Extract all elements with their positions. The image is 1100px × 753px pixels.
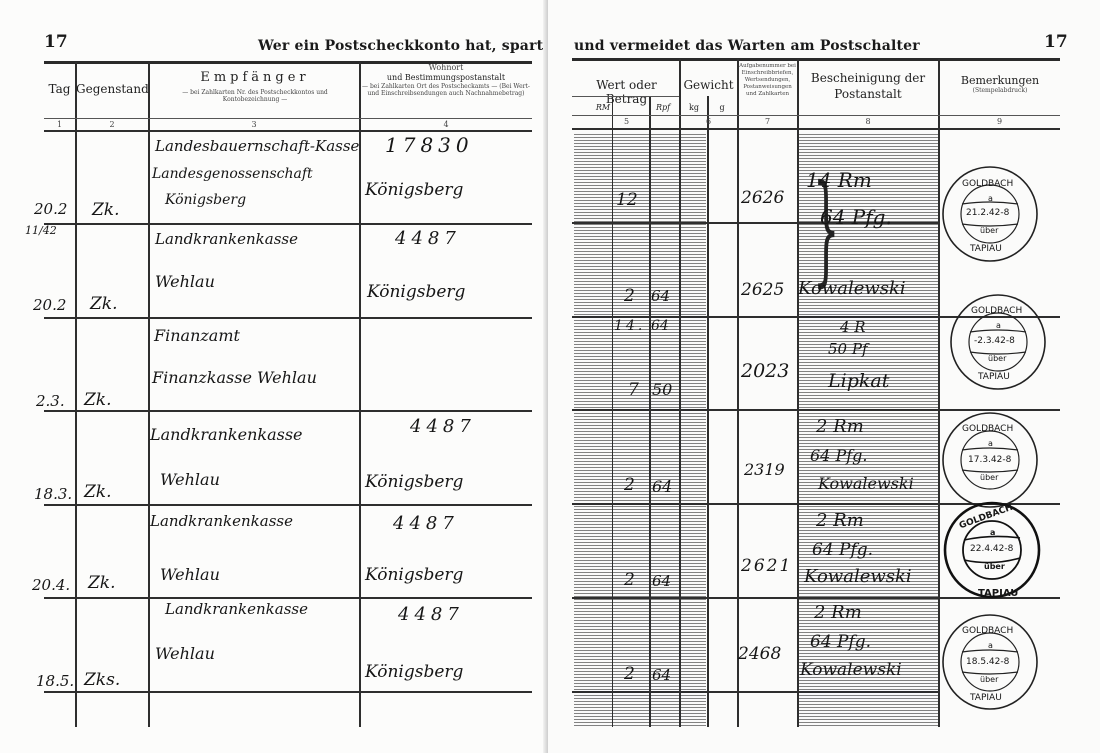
row-divider (44, 410, 532, 412)
tag-cell: 20.4. (32, 576, 70, 594)
row-divider (44, 597, 532, 599)
column-header-betrag: Wert oder Betrag (574, 78, 679, 106)
wohnort-place: Königsberg (365, 472, 463, 492)
stamp-town: GOLDBACH (962, 424, 1013, 434)
stamp-town: GOLDBACH (971, 306, 1022, 316)
stamp-date: 18.5.42-8 (966, 657, 1009, 667)
aufgabenummer: 2626 (741, 188, 784, 208)
column-number: 3 (149, 120, 359, 129)
tag-cell: 2.3. (36, 392, 65, 410)
unit-g: g (708, 103, 736, 112)
row-divider (44, 317, 532, 319)
amount-rm: 2 (624, 664, 635, 684)
column-header-wohnort: Wohnort und Bestimmungspostanstalt — bei… (362, 63, 530, 97)
wohnort-number: 4487 (410, 416, 476, 437)
bescheinigung-line: Kowalewski (800, 660, 902, 680)
unit-kg: kg (682, 103, 706, 112)
divider (737, 59, 739, 727)
wohnort-number: 17830 (385, 133, 474, 157)
empfaenger-line: Finanzkasse Wehlau (152, 368, 317, 387)
amount-rm: 2 (624, 286, 635, 306)
bescheinigung-line: 2 Rm (816, 416, 864, 437)
stamp-letter: a (996, 321, 1001, 330)
unit-rm: RM (588, 103, 618, 112)
gegenstand-cell: Zk. (88, 573, 116, 593)
top-rule (572, 58, 1060, 61)
stamp-office: TAPIAU (970, 244, 1002, 254)
right-page: 17 und vermeidet das Warten am Postschal… (548, 0, 1100, 753)
wohnort-place: Königsberg (367, 282, 465, 302)
bescheinigung-line: Kowalewski (804, 566, 912, 587)
left-page: 17 Wer ein Postscheckkonto hat, spart Ge… (0, 0, 548, 753)
amount-rpf: 64 (652, 572, 671, 590)
column-header-gegenstand: Gegenstand (76, 82, 148, 96)
amount-rm: 12 (616, 190, 638, 210)
tag-cell: 20.2 (33, 296, 66, 314)
empfaenger-line: Landesbauernschaft-Kasse (155, 137, 359, 155)
stamp-via: über (988, 354, 1006, 363)
tag-cell: 20.2 (34, 200, 67, 218)
bescheinigung-line: 64 Pfg. (810, 446, 867, 465)
empfaenger-line: Wehlau (155, 644, 215, 663)
divider (148, 62, 150, 727)
stamp-office: TAPIAU (978, 588, 1018, 599)
empfaenger-line: Wehlau (160, 565, 220, 584)
bescheinigung-line: 2 Rm (814, 602, 862, 623)
divider (75, 62, 77, 727)
column-number: 6 (680, 117, 737, 126)
bescheinigung-line: 50 Pf (828, 340, 868, 358)
stamp-via: über (984, 562, 1005, 571)
empfaenger-line: Wehlau (155, 272, 215, 291)
bescheinigung-line: 2 Rm (816, 510, 864, 531)
divider (612, 96, 613, 727)
bescheinigung-line: 4 R (840, 318, 866, 336)
bescheinigung-line: 64 Pfg. (820, 205, 892, 229)
amount-rpf-top: 64 (651, 318, 669, 334)
empfaenger-line: Finanzamt (154, 326, 240, 345)
row-divider (572, 691, 938, 693)
wohnort-place: Königsberg (365, 565, 463, 585)
empfaenger-line: Königsberg (165, 192, 246, 208)
stamp-office: TAPIAU (978, 372, 1010, 382)
wohnort-number: 4487 (398, 604, 464, 625)
wohnort-place: Königsberg (365, 180, 463, 200)
column-number: 2 (76, 120, 148, 129)
header-divider (44, 118, 532, 119)
aufgabenummer: 2625 (741, 280, 784, 300)
bescheinigung-line: Kowalewski (798, 278, 906, 299)
column-number: 1 (44, 120, 75, 129)
amount-rpf: 50 (652, 380, 672, 399)
unit-rpf: Rpf (648, 103, 678, 112)
subheader-rule (572, 96, 679, 97)
divider (707, 96, 709, 727)
stamp-town: GOLDBACH (962, 179, 1013, 189)
column-header-bemerkungen: Bemerkungen (Stempelabdruck) (940, 74, 1060, 94)
amount-rpf: 64 (651, 287, 670, 305)
empfaenger-line: Landkrankenkasse (150, 425, 303, 444)
stamp-date: 21.2.42-8 (966, 208, 1009, 218)
amount-rm: 7 (628, 380, 639, 400)
empfaenger-line: Landkrankenkasse (165, 600, 308, 618)
column-number: 5 (574, 117, 679, 126)
divider (679, 59, 681, 727)
running-head-right: und vermeidet das Warten am Postschalter (574, 38, 920, 54)
amount-rm-top: 14. (614, 318, 645, 334)
aufgabenummer: 2468 (738, 644, 781, 664)
empfaenger-line: Wehlau (160, 470, 220, 489)
page-number-left: 17 (44, 32, 68, 52)
bescheinigung-line: 64 Pfg. (812, 540, 873, 560)
gegenstand-cell: Zk. (84, 390, 112, 410)
tag-cell: 18.3. (34, 485, 72, 503)
column-header-bescheinigung: Bescheinigung der Postanstalt (800, 70, 936, 102)
bescheinigung-line: 64 Pfg. (810, 632, 871, 652)
divider (359, 62, 361, 727)
stamp-letter: a (988, 439, 993, 448)
column-header-gewicht: Gewicht (680, 78, 737, 92)
page-number-right: 17 (1044, 32, 1068, 52)
column-header-empfaenger: Empfänger — bei Zahlkarten Nr. des Posts… (160, 70, 350, 103)
wohnort-place: Königsberg (365, 662, 463, 682)
row-divider (44, 504, 532, 506)
amount-rpf: 64 (652, 477, 672, 496)
column-header-tag: Tag (44, 82, 75, 96)
header-divider (572, 115, 1060, 116)
stamp-via: über (980, 675, 998, 684)
stamp-letter: a (988, 194, 993, 203)
bescheinigung-line: Kowalewski (818, 474, 914, 493)
aufgabenummer: 2621 (741, 556, 792, 576)
stamp-date: 22.4.42-8 (970, 544, 1013, 554)
empfaenger-line: Landkrankenkasse (155, 230, 298, 248)
stamp-via: über (980, 226, 998, 235)
header-bottom-rule (572, 128, 1060, 130)
column-header-aufgabenummer: Aufgabenummer bei Einschreibbriefen, Wer… (739, 63, 796, 98)
aufgabenummer: 2319 (744, 460, 785, 479)
column-number: 9 (939, 117, 1060, 126)
bescheinigung-line: 14 Rm (806, 168, 872, 192)
tag-extra: 11/42 (25, 224, 57, 237)
amount-rm: 2 (624, 475, 635, 495)
row-divider (44, 691, 532, 693)
empfaenger-line: Landesgenossenschaft (152, 166, 313, 182)
gegenstand-cell: Zk. (84, 482, 112, 502)
stamp-letter: a (988, 641, 993, 650)
empfaenger-line: Landkrankenkasse (150, 512, 293, 530)
divider (797, 59, 799, 727)
header-bottom-rule (44, 130, 532, 132)
running-head-left: Wer ein Postscheckkonto hat, spart Geld (258, 38, 585, 54)
column-number: 7 (738, 117, 797, 126)
gegenstand-cell: Zk. (92, 200, 120, 220)
amount-rpf: 64 (652, 666, 671, 684)
column-number: 8 (798, 117, 938, 126)
gegenstand-cell: Zks. (84, 670, 120, 690)
bescheinigung-line: Lipkat (828, 370, 889, 392)
wohnort-number: 4487 (393, 513, 459, 534)
amount-rm: 2 (624, 570, 635, 590)
wohnort-number: 4487 (395, 228, 461, 249)
stamp-date: -2.3.42-8 (974, 336, 1015, 346)
stamp-office: TAPIAU (970, 693, 1002, 703)
stamp-town: GOLDBACH (962, 626, 1013, 636)
stamp-via: über (980, 473, 998, 482)
divider (649, 96, 651, 727)
row-divider (44, 223, 532, 225)
gegenstand-cell: Zk. (90, 294, 118, 314)
aufgabenummer: 2023 (741, 360, 789, 382)
stamp-date: 17.3.42-8 (968, 455, 1011, 465)
stamp-letter: a (990, 528, 995, 537)
column-number: 4 (360, 120, 532, 129)
tag-cell: 18.5. (36, 672, 74, 690)
